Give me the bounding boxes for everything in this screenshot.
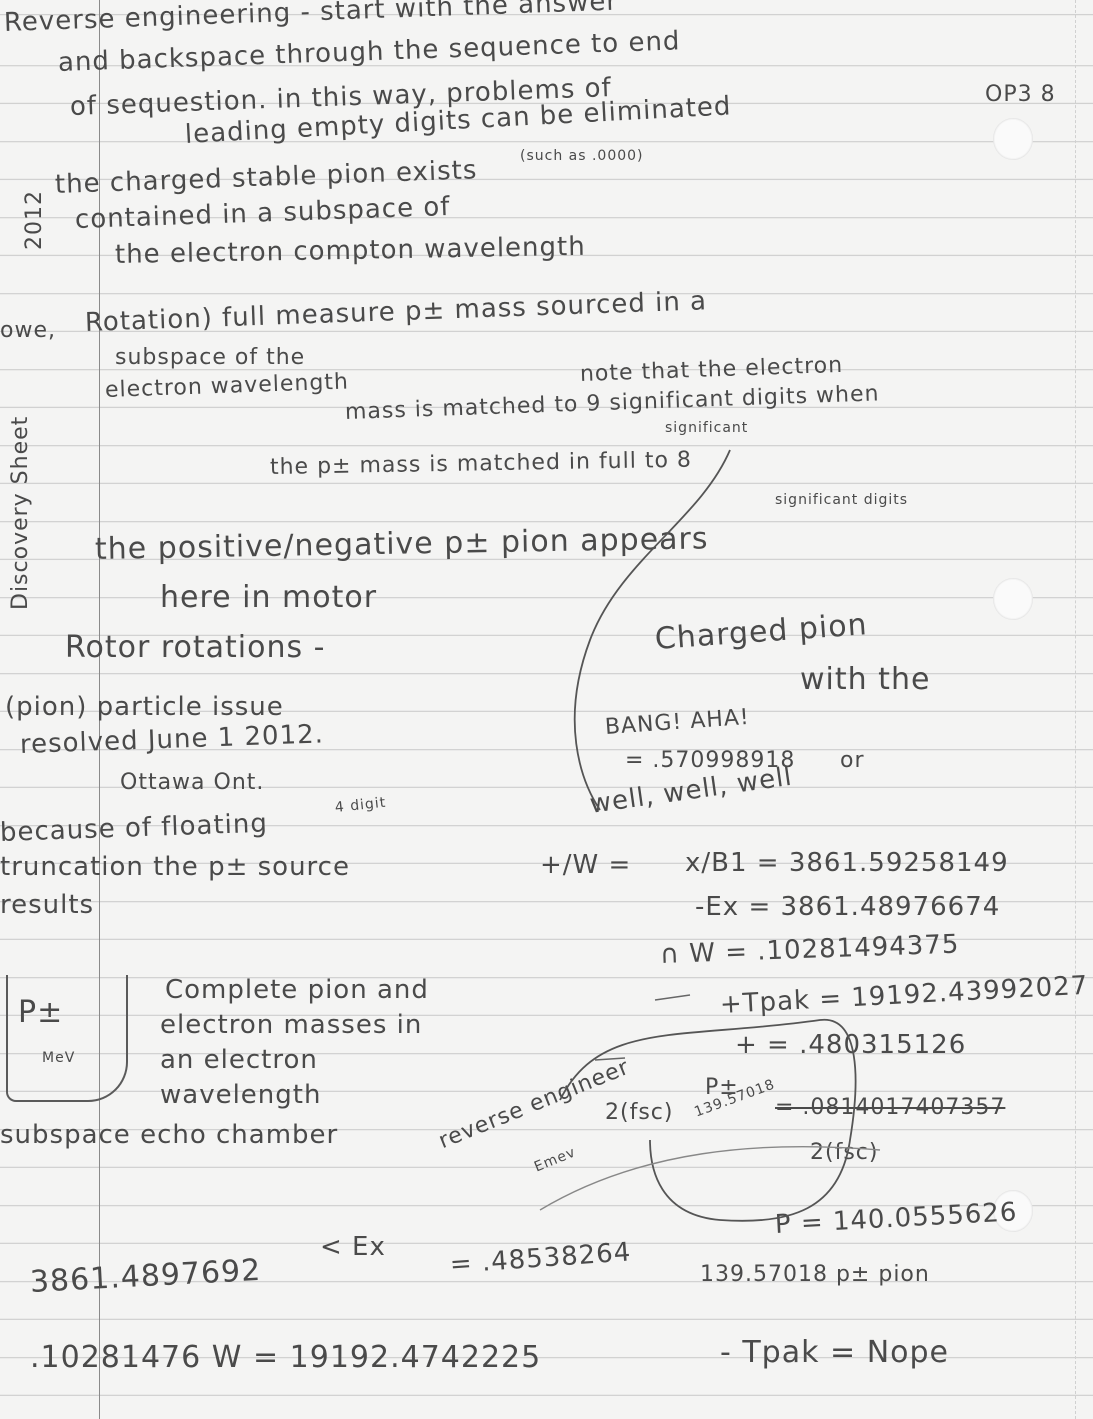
pi-box-unit: MeV: [42, 1050, 75, 1066]
eq-fsc-1: 2(fsc): [605, 1100, 673, 1125]
bottom-line-1-suffix: < Ex: [320, 1232, 386, 1262]
margin-year: 2012: [22, 190, 47, 250]
bottom-line-2: .10281476 W = 19192.4742225: [30, 1340, 541, 1375]
eq-pion-label: 139.57018 p± pion: [700, 1262, 930, 1287]
punch-hole-middle: [993, 578, 1033, 620]
floating-line-3: results: [0, 890, 94, 920]
eq-b1: x/B1 = 3861.59258149: [685, 848, 1009, 878]
eq-lhs: +/W =: [540, 850, 631, 880]
echo-chamber: subspace echo chamber: [0, 1120, 338, 1150]
margin-discovery-sheet: Discovery Sheet: [8, 416, 33, 610]
margin-owe: owe,: [0, 318, 56, 343]
complete-line-4: wavelength: [160, 1080, 321, 1110]
complete-line-1: Complete pion and: [165, 975, 429, 1005]
rotation-line-2: subspace of the: [115, 345, 305, 370]
floating-line-2: truncation the p± source: [0, 852, 350, 882]
or-label: or: [840, 748, 865, 773]
complete-line-2: electron masses in: [160, 1010, 422, 1040]
header-line-5: (such as .0000): [520, 148, 644, 164]
pi-box-symbol: P±: [18, 995, 63, 1030]
perforation-edge: [1075, 0, 1077, 1419]
punch-hole-top: [993, 118, 1033, 160]
eq-ex: -Ex = 3861.48976674: [695, 892, 1000, 922]
with-the-label: with the: [800, 662, 930, 697]
appears-line-2: here in motor: [160, 580, 377, 615]
rotor-line-1: Rotor rotations -: [65, 630, 325, 665]
rotor-line-4: Ottawa Ont.: [120, 770, 264, 795]
bottom-line-2-suffix: - Tpak = Nope: [720, 1335, 949, 1370]
complete-line-3: an electron: [160, 1045, 318, 1075]
rotor-line-2: (pion) particle issue: [5, 692, 284, 722]
eq-fsc-2: 2(fsc): [810, 1140, 878, 1165]
page-label: OP3 8: [985, 82, 1056, 107]
note-line-2-sub: significant: [665, 420, 748, 436]
eq-struck: = .0814017407357: [775, 1095, 1005, 1120]
eq-plus: + = .480315126: [735, 1030, 966, 1060]
note-line-3-sub: significant digits: [775, 492, 908, 508]
